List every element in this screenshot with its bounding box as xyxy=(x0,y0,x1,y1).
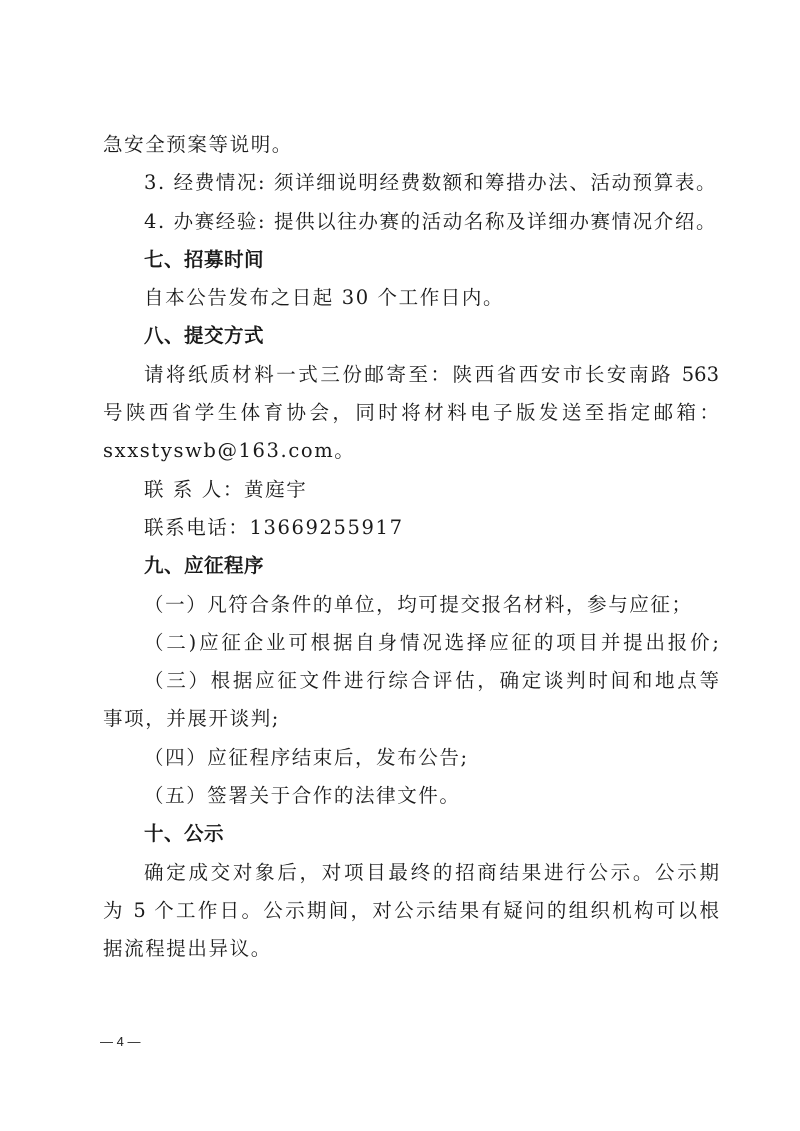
paragraph-publicity-continued: 为 5 个工作日。公示期间，对公示结果有疑问的组织机构可以根 xyxy=(103,892,719,930)
paragraph-publicity-end: 据流程提出异议。 xyxy=(103,930,719,968)
paragraph-publicity: 确定成交对象后，对项目最终的招商结果进行公示。公示期 xyxy=(103,854,719,892)
procedure-step-5: （五）签署关于合作的法律文件。 xyxy=(103,777,719,815)
section-heading-publicity: 十、公示 xyxy=(103,815,719,853)
contact-email: sxxstyswb@163.com。 xyxy=(103,432,719,470)
contact-person: 联 系 人：黄庭宇 xyxy=(103,471,719,509)
document-page: 急安全预案等说明。 3. 经费情况: 须详细说明经费数额和筹措办法、活动预算表。… xyxy=(103,126,719,969)
section-heading-submission-method: 八、提交方式 xyxy=(103,317,719,355)
paragraph-submission-continued: 号陕西省学生体育协会，同时将材料电子版发送至指定邮箱： xyxy=(103,394,719,432)
section-heading-procedure: 九、应征程序 xyxy=(103,547,719,585)
procedure-step-1: （一）凡符合条件的单位，均可提交报名材料，参与应征； xyxy=(103,586,719,624)
text-line: 急安全预案等说明。 xyxy=(103,126,719,164)
paragraph-submission-address: 请将纸质材料一式三份邮寄至：陕西省西安市长安南路 563 xyxy=(103,356,719,394)
contact-phone: 联系电话：13669255917 xyxy=(103,509,719,547)
procedure-step-3: （三）根据应征文件进行综合评估，确定谈判时间和地点等 xyxy=(103,662,719,700)
procedure-step-3-continued: 事项，并展开谈判; xyxy=(103,700,719,738)
paragraph-recruitment-time: 自本公告发布之日起 30 个工作日内。 xyxy=(103,279,719,317)
list-item-experience: 4. 办赛经验: 提供以往办赛的活动名称及详细办赛情况介绍。 xyxy=(103,203,719,241)
procedure-step-4: （四）应征程序结束后，发布公告; xyxy=(103,739,719,777)
list-item-funding: 3. 经费情况: 须详细说明经费数额和筹措办法、活动预算表。 xyxy=(103,164,719,202)
procedure-step-2: （二)应征企业可根据自身情况选择应征的项目并提出报价; xyxy=(103,624,719,662)
section-heading-recruitment-time: 七、招募时间 xyxy=(103,241,719,279)
page-number: — 4 — xyxy=(100,1034,140,1049)
